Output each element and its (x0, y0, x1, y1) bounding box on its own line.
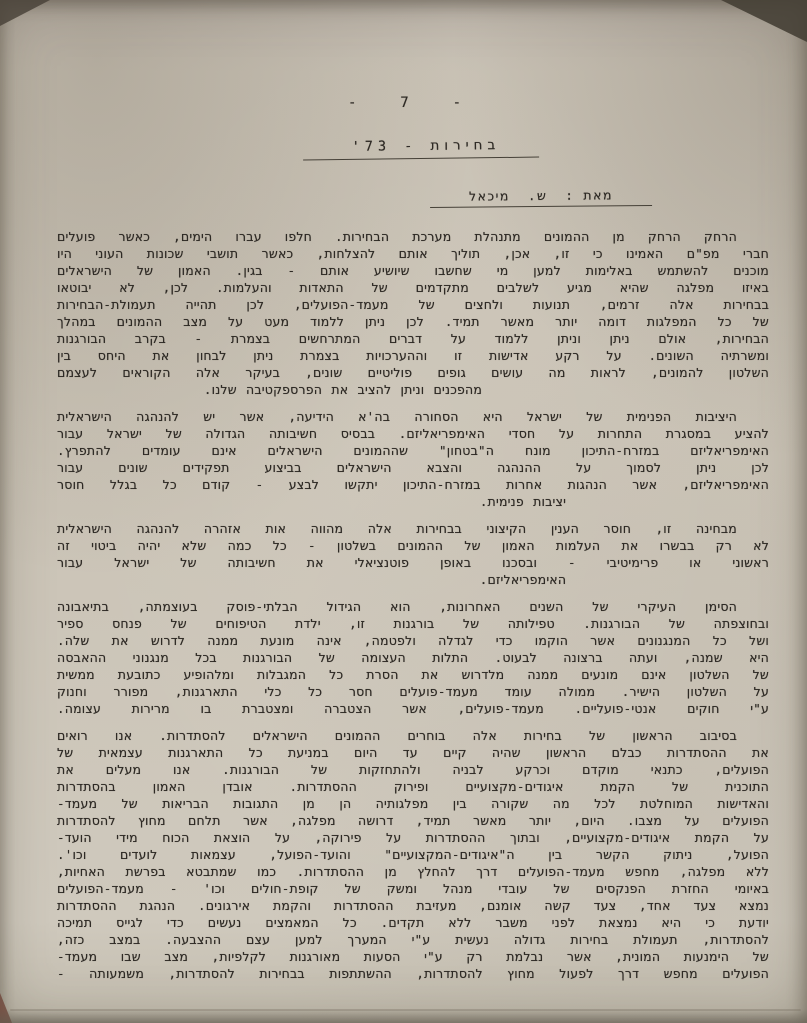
text-line: הפועל, ניתוק הקשר בין ה"איגודים-המקצועיי… (57, 846, 769, 863)
text-line: הרחק הרחק מן ההמונים מתנהלת מערכת הבחירו… (57, 228, 769, 245)
page-number: - 7 - (348, 95, 448, 111)
text-line: באיזו מפלגה שהיא מגיע לשלבים מתקדמים של … (57, 279, 769, 296)
text-line: יודעת כי היא נמצאת לפני משבר ללא תקדים. … (57, 914, 769, 931)
byline: מאת : ש. מיכאל (430, 187, 652, 208)
text-line: מהפכנים וניתן להציב את הפרספקטיבה שלנו. (57, 381, 769, 398)
text-line: ובחוצפתה של הבורגנות. טפילותה של בורגנות… (57, 615, 769, 632)
text-line: היציבות הפנימית של ישראל היא הסחורה בה'א… (57, 408, 769, 425)
text-line: השלטון להמונים, לראות מה עושים גופים פול… (57, 364, 769, 381)
scan-bottom-shadow (0, 1009, 807, 1023)
text-line: ומשרתיה השונים. על רקע אדישות זו וההערכו… (57, 347, 769, 364)
document-title: בחירות - 73' (303, 137, 539, 161)
text-line: של כל המפלגות דומה יותר מאשר תמיד. לכן נ… (57, 313, 769, 330)
text-line: האימפריאליזם, אשר הנהגות אחרות במזרח-התי… (57, 476, 769, 493)
text-line: יציבות פנימית. (57, 493, 769, 510)
text-line: התוכנית של הקמת איגודים-מקצועיים ופירוק … (57, 778, 769, 795)
text-line: לכן ניתן לסמוך על ההנהגה והצבא הישראלים … (57, 459, 769, 476)
text-line: ראשוני או פרימיטיבי - ובסכנו באופן פוטנצ… (57, 554, 769, 571)
paragraph: היציבות הפנימית של ישראל היא הסחורה בה'א… (57, 408, 769, 510)
text-line: ושל כל המנגנונים אשר הוקמו כדי לגדלה ולפ… (57, 632, 769, 649)
paragraph: הסימן העיקרי של השנים האחרונות, הוא הגיד… (57, 598, 769, 717)
text-line: הפועלים על מצבו. היום, יותר מאשר תמיד, ד… (57, 812, 769, 829)
text-line: והאדישות המוחלטת לכל מה שקורה בין מפלגות… (57, 795, 769, 812)
text-line: להציע במסגרת התחרות על חסדי האימפריאליזם… (57, 425, 769, 442)
document-body: הרחק הרחק מן ההמונים מתנהלת מערכת הבחירו… (57, 228, 769, 982)
text-line: הפועלים, כתנאי מוקדם וכרקע לבניה ולהתחזק… (57, 761, 769, 778)
scanned-document: - 7 - בחירות - 73' מאת : ש. מיכאל הרחק ה… (0, 0, 807, 1023)
text-line: את ההסתדרות כבלם הראשון שהיה קיים עד היו… (57, 744, 769, 761)
text-line: של הימנעות המונית, אשר נבלמת רק ע"י הסעו… (57, 948, 769, 965)
text-line: בסיבוב הראשון של בחירות אלה בוחרים ההמונ… (57, 727, 769, 744)
text-line: האימפריאליזם. (57, 571, 769, 588)
text-line: חברי מפ"ם האמינו כי זו, אכן, תוליך אותם … (57, 245, 769, 262)
text-line: הסימן העיקרי של השנים האחרונות, הוא הגיד… (57, 598, 769, 615)
text-line: על הקמת איגודים-מקצועיים, ובתוך ההסתדרות… (57, 829, 769, 846)
text-line: על השלטון הישיר. ממולה עומד מעמד-פועלים … (57, 683, 769, 700)
text-line: ללא מפלגה, מחפש מעמד-הפועלים דרך להחלץ מ… (57, 863, 769, 880)
text-line: באיומי החזרת הפנקסים של עובדי מנהל ומשק … (57, 880, 769, 897)
paragraph: בסיבוב הראשון של בחירות אלה בוחרים ההמונ… (57, 727, 769, 982)
text-line: מבחינה זו, חוסר הענין הקיצוני בבחירות אל… (57, 520, 769, 537)
paragraph: הרחק הרחק מן ההמונים מתנהלת מערכת הבחירו… (57, 228, 769, 398)
text-line: להסתדרות, תעמולת בחירות גדולה נעשית ע"י … (57, 931, 769, 948)
text-line: הבחירות, אולם ניתן וניתן ללמוד על דברים … (57, 330, 769, 347)
text-line: הפועלים מחפש דרך לפעול מחוץ להסתדרות, הה… (57, 965, 769, 982)
text-line: של השלטון אינם מונעים ממנה מלדרוש את הסר… (57, 666, 769, 683)
text-line: בבחירות אלה זרמים, תנועות ולחצים של מעמד… (57, 296, 769, 313)
paragraph: מבחינה זו, חוסר הענין הקיצוני בבחירות אל… (57, 520, 769, 588)
text-line: היא שמנה, ועתה ברצונה לבעוט. התלות העצומ… (57, 649, 769, 666)
title-block: בחירות - 73' (303, 137, 539, 161)
byline-block: מאת : ש. מיכאל (430, 187, 652, 208)
text-line: לא רק בבשרו את העלמות האמון של ההמונים ב… (57, 537, 769, 554)
text-line: נמצא צעד אחד, צעד קשה אומנם, מעזיבת ההסת… (57, 897, 769, 914)
text-line: ע"י חוקים אנטי-פועליים. מעמד-פועלים, אשר… (57, 700, 769, 717)
text-line: האימפריאליזם במזרח-התיכון מונח ה"בטחון" … (57, 442, 769, 459)
text-line: מוכנים להשתמש באלימות למען מי שחשבו שיוש… (57, 262, 769, 279)
